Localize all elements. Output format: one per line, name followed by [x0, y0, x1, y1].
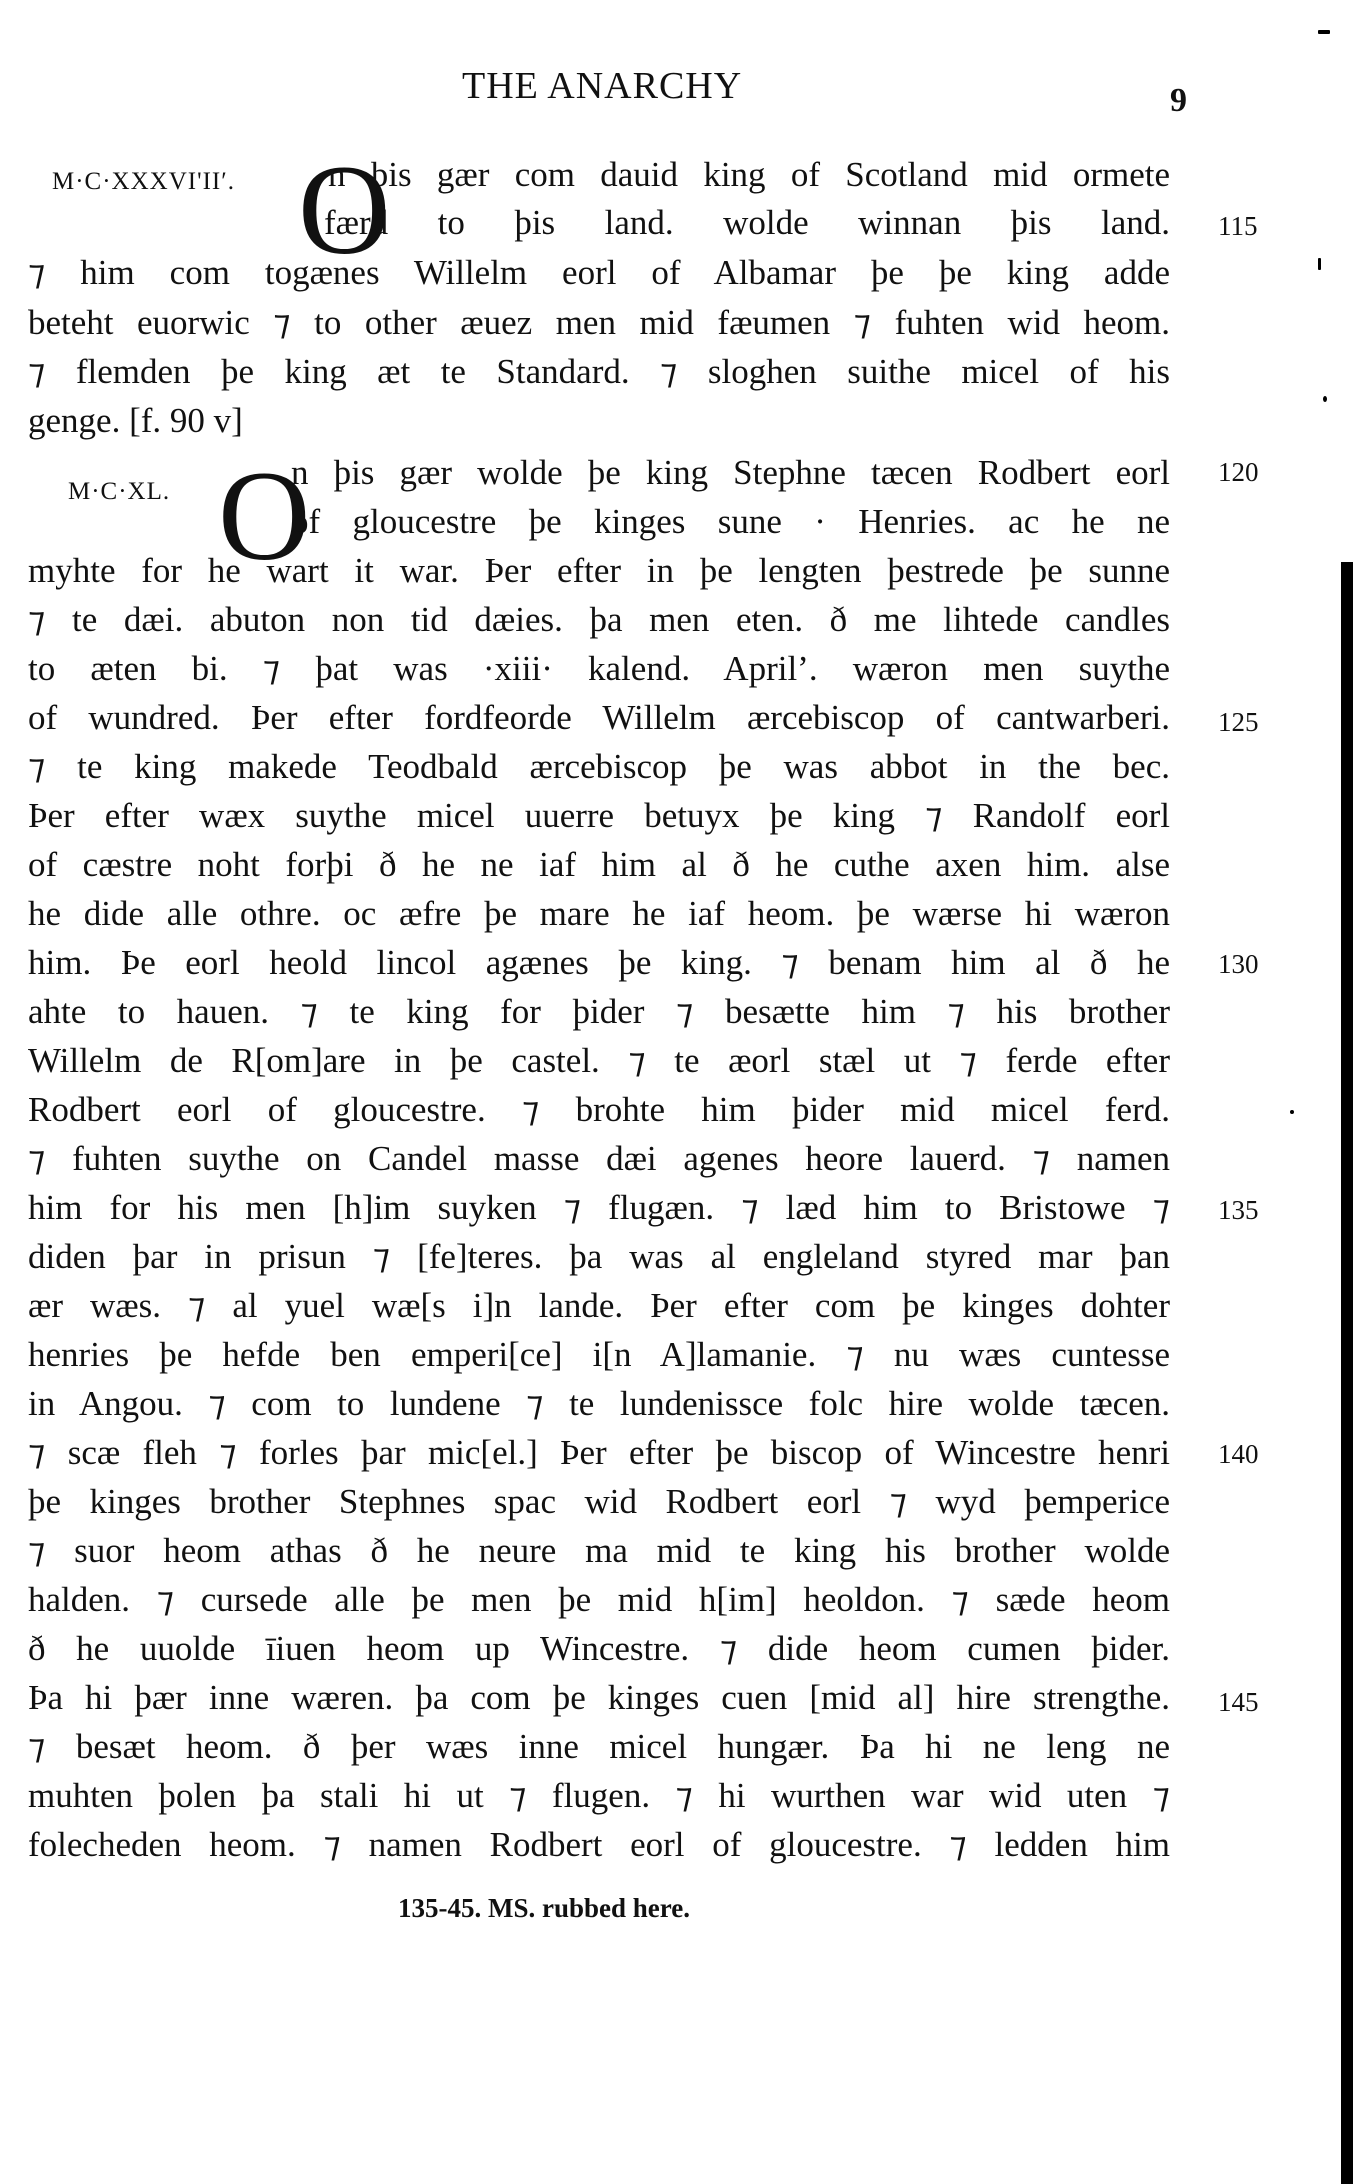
year-sidenote-1137: M·C·XXXVI'II′. — [52, 168, 235, 196]
scan-speck — [1318, 258, 1321, 270]
text-line: him for his men [h]im suyken ⁊ flugæn. ⁊… — [28, 1183, 1170, 1232]
text-line: muhten þolen þa stali hi ut ⁊ flugen. ⁊ … — [28, 1771, 1170, 1820]
text-line: beteht euorwic ⁊ to other æuez men mid f… — [28, 298, 1170, 347]
scan-speck — [1290, 1110, 1294, 1114]
text-line: n þis gær com dauid king of Scotland mid… — [328, 150, 1170, 199]
text-line: of wundred. Þer efter fordfeorde Willelm… — [28, 693, 1170, 742]
text-line: henries þe hefde ben emperi[ce] i[n A]la… — [28, 1330, 1170, 1379]
footnote: 135-45. MS. rubbed here. — [398, 1893, 690, 1924]
text-line: Þa hi þær inne wæren. þa com þe kinges c… — [28, 1673, 1170, 1722]
text-line: diden þar in prisun ⁊ [fe]teres. þa was … — [28, 1232, 1170, 1281]
line-number: 125 — [1218, 698, 1259, 747]
text-line: Rodbert eorl of gloucestre. ⁊ brohte him… — [28, 1085, 1170, 1134]
text-line: myhte for he wart it war. Þer efter in þ… — [28, 546, 1170, 595]
scan-speck — [1323, 396, 1327, 402]
year-sidenote-1140: M·C·XL. — [68, 478, 170, 506]
text-line: Willelm de R[om]are in þe castel. ⁊ te æ… — [28, 1036, 1170, 1085]
text-line: genge. [f. 90 v] — [28, 396, 1170, 445]
text-line: Þer efter wæx suythe micel uuerre betuyx… — [28, 791, 1170, 840]
text-line: folecheden heom. ⁊ namen Rodbert eorl of… — [28, 1820, 1170, 1869]
text-line: ⁊ flemden þe king æt te Standard. ⁊ slog… — [28, 347, 1170, 396]
text-line: halden. ⁊ cursede alle þe men þe mid h[i… — [28, 1575, 1170, 1624]
text-line: n þis gær wolde þe king Stephne tæcen Ro… — [291, 448, 1170, 497]
text-line: of gloucestre þe kinges sune · Henries. … — [291, 497, 1170, 546]
book-page: THE ANARCHY 9 M·C·XXXVI'II′. O M·C·XL. O… — [0, 0, 1353, 2184]
text-line: ⁊ te dæi. abuton non tid dæies. þa men e… — [28, 595, 1170, 644]
text-line: him. Þe eorl heold lincol agænes þe king… — [28, 938, 1170, 987]
text-line: ahte to hauen. ⁊ te king for þider ⁊ bes… — [28, 987, 1170, 1036]
text-line: ⁊ suor heom athas ð he neure ma mid te k… — [28, 1526, 1170, 1575]
running-title: THE ANARCHY — [462, 64, 742, 108]
text-line: ⁊ fuhten suythe on Candel masse dæi agen… — [28, 1134, 1170, 1183]
text-line: to æten bi. ⁊ þat was ·xiii· kalend. Apr… — [28, 644, 1170, 693]
page-number: 9 — [1170, 82, 1187, 120]
line-number: 120 — [1218, 448, 1259, 497]
text-line: he dide alle othre. oc æfre þe mare he i… — [28, 889, 1170, 938]
text-line: in Angou. ⁊ com to lundene ⁊ te lundenis… — [28, 1379, 1170, 1428]
text-line: þe kinges brother Stephnes spac wid Rodb… — [28, 1477, 1170, 1526]
text-line: ⁊ te king makede Teodbald ærcebiscop þe … — [28, 742, 1170, 791]
text-line: of cæstre noht forþi ð he ne iaf him al … — [28, 840, 1170, 889]
line-number: 145 — [1218, 1678, 1259, 1727]
line-number: 135 — [1218, 1186, 1259, 1235]
text-line: ær wæs. ⁊ al yuel wæ[s i]n lande. Þer ef… — [28, 1281, 1170, 1330]
text-line: ⁊ besæt heom. ð þer wæs inne micel hungæ… — [28, 1722, 1170, 1771]
text-line: færd to þis land. wolde winnan þis land. — [324, 198, 1170, 247]
text-line: ⁊ scæ fleh ⁊ forles þar mic[el.] Þer eft… — [28, 1428, 1170, 1477]
scan-edge-shadow — [1341, 562, 1353, 2184]
line-number: 140 — [1218, 1430, 1259, 1479]
text-line: ⁊ him com togænes Willelm eorl of Albama… — [28, 248, 1170, 297]
line-number: 115 — [1218, 202, 1258, 251]
scan-speck — [1318, 30, 1330, 34]
line-number: 130 — [1218, 940, 1259, 989]
text-line: ð he uuolde īiuen heom up Wincestre. ⁊ … — [28, 1624, 1170, 1673]
